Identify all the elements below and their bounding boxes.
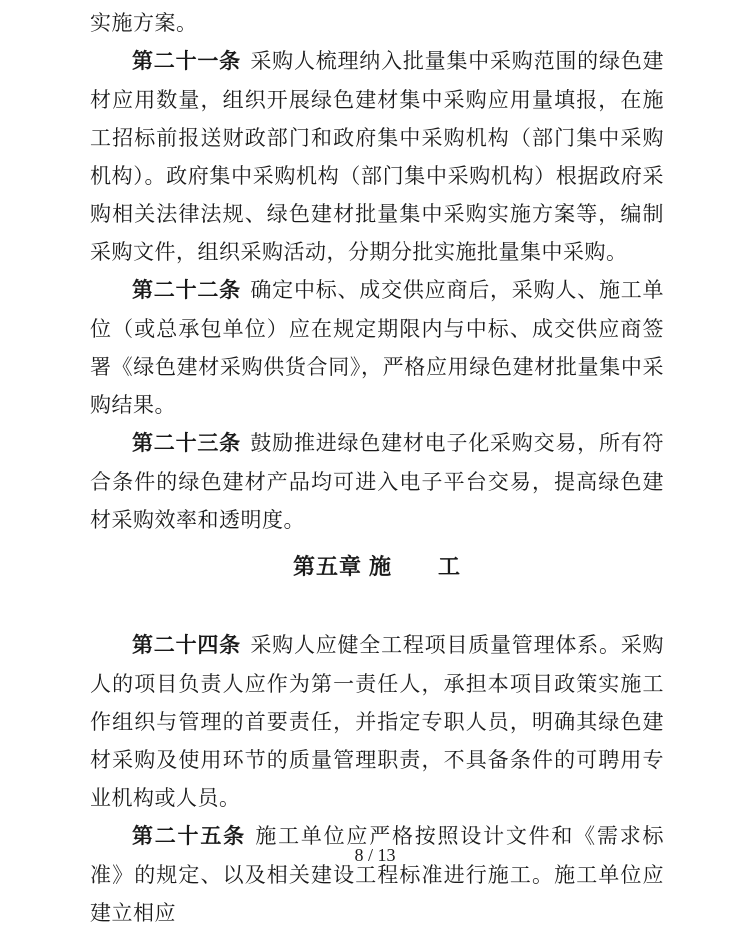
article-24-paragraph: 第二十四条采购人应健全工程项目质量管理体系。采购人的项目负责人应作为第一责任人，…	[90, 626, 664, 817]
article-24-text: 采购人应健全工程项目质量管理体系。采购人的项目负责人应作为第一责任人，承担本项目…	[90, 633, 664, 810]
chapter-heading: 第五章 施 工	[90, 548, 664, 586]
article-21-label: 第二十一条	[132, 50, 241, 73]
article-21-paragraph: 第二十一条采购人梳理纳入批量集中采购范围的绿色建材应用数量，组织开展绿色建材集中…	[90, 42, 664, 271]
paragraph-continuation: 实施方案。	[90, 4, 664, 42]
article-24-label: 第二十四条	[132, 634, 241, 657]
article-23-label: 第二十三条	[132, 432, 241, 455]
article-21-text: 采购人梳理纳入批量集中采购范围的绿色建材应用数量，组织开展绿色建材集中采购应用量…	[90, 49, 664, 264]
article-25-paragraph: 第二十五条施工单位应严格按照设计文件和《需求标准》的规定、以及相关建设工程标准进…	[90, 817, 664, 927]
document-page: { "document": { "continuation_text": "实施…	[0, 0, 750, 927]
article-22-label: 第二十二条	[132, 279, 241, 302]
page-number: 8 / 13	[0, 841, 750, 869]
article-23-paragraph: 第二十三条鼓励推进绿色建材电子化采购交易，所有符合条件的绿色建材产品均可进入电子…	[90, 424, 664, 539]
document-body: 实施方案。 第二十一条采购人梳理纳入批量集中采购范围的绿色建材应用数量，组织开展…	[90, 4, 664, 927]
article-22-paragraph: 第二十二条确定中标、成交供应商后，采购人、施工单位（或总承包单位）应在规定期限内…	[90, 271, 664, 424]
